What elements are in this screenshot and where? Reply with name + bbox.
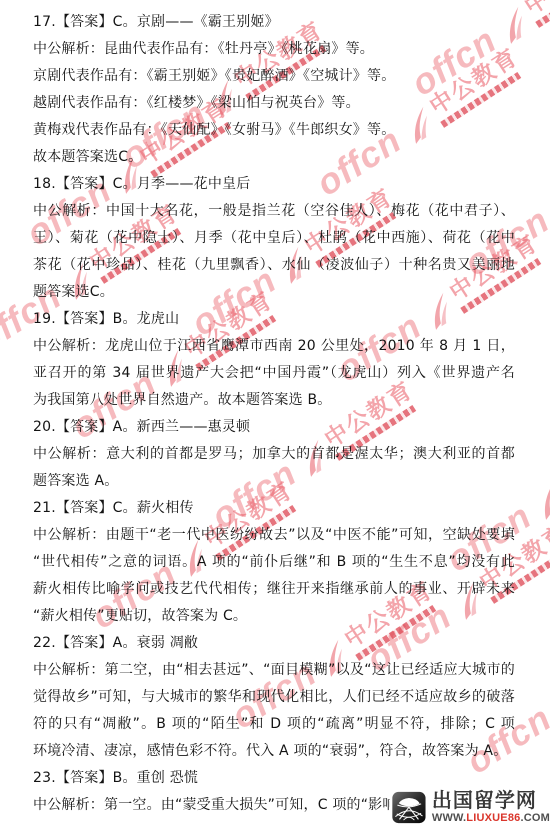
text-line: 觉得故乡”可知，与大城市的繁华和现代化相比，人们已经不适应故乡的破落环境。与此相 [33,684,515,711]
text-line: 中公解析：中国十大名花，一般是指兰花（空谷佳人）、梅花（花中君子）、牡丹（花中之 [33,198,515,225]
text-line: 茶花（花中珍品）、桂花（九里飘香）、水仙（凌波仙子）十种名贵又美丽地方名花。故本 [33,252,515,279]
document-text: 17.【答案】C。京剧——《霸王别姬》中公解析：昆曲代表作品有：《牡丹亭》《桃花… [33,9,515,819]
offcn-swoosh-icon [529,481,550,522]
liuxue86-site-name: 出国留学网 [432,790,550,810]
liuxue86-logo: 出国留学网 WWW.LIUXUE86.COM [390,781,550,833]
text-line: 黄梅戏代表作品有：《天仙配》《女驸马》《牛郎织女》等。 [33,117,515,144]
text-line: 22.【答案】A。衰弱 凋敝 [33,630,515,657]
text-line: 符的只有“凋敝”。B 项的“陌生”和 D 项的“疏离”明显不符，排除；C 项的“… [33,711,515,738]
text-line: 中公解析：第二空，由“相去甚远”、“面目模糊”以及“这让已经适应大城市的人们由此 [33,657,515,684]
text-line: “薪火相传”更贴切，故答案为 C。 [33,603,515,630]
liuxue86-logo-icon [392,784,426,831]
text-line: 中公解析：昆曲代表作品有：《牡丹亭》《桃花扇》等。 [33,36,515,63]
text-line: 18.【答案】C。月季——花中皇后 [33,171,515,198]
text-line: “世代相传”之意的词语。A 项的“前仆后继”和 B 项的“生生不息”均没有此意，… [33,549,515,576]
text-line: 题答案选 A。 [33,468,515,495]
text-line: 题答案选C。 [33,279,515,306]
text-line: 中公解析：意大利的首都是罗马；加拿大的首都是渥太华；澳大利亚的首都是堪培拉。故本 [33,441,515,468]
text-line: 亚召开的第 34 届世界遗产大会把“中国丹霞”（龙虎山）列入《世界遗产名录》。龙… [33,360,515,387]
text-line: 19.【答案】B。龙虎山 [33,306,515,333]
text-line: 京剧代表作品有：《霸王别姬》《贵妃醉酒》《空城计》等。 [33,63,515,90]
text-line: 为我国第八处世界自然遗产。故本题答案选 B。 [33,387,515,414]
url-domain: LIUXUE86 [466,812,520,824]
text-line: 20.【答案】A。新西兰——惠灵顿 [33,414,515,441]
zhonggong-watermark-text: 中公教育 [521,0,550,19]
url-prefix: WWW. [432,812,466,824]
liuxue86-site-url: WWW.LIUXUE86.COM [432,813,550,824]
zhonggong-brand-mark: 中公教育 [528,422,550,523]
watermark-slogan-strip [536,0,550,28]
text-line: 环境冷清、凄凉，感情色彩不符。代入 A 项的“衰弱”，符合，故答案为 A。 [33,738,515,765]
text-line: 21.【答案】C。薪火相传 [33,495,515,522]
text-line: 薪火相传比喻学问或技艺代代相传；继往开来指继承前人的事业、开辟未来的道路，相比较 [33,576,515,603]
text-line: 故本题答案选C。 [33,144,515,171]
text-line: 中公解析：龙虎山位于江西省鹰潭市西南 20 公里处，2010 年 8 月 1 日… [33,333,515,360]
document-page: offcn 中公教育 offcn 中公教育 [0,0,550,833]
text-line: 中公解析：由题干“老一代中医纷纷故去”以及“中医不能”可知，空缺处要填上一个含有 [33,522,515,549]
text-line: 王）、菊花（花中隐士）、月季（花中皇后）、杜鹃（花中西施）、荷花（花中仙子）、山 [33,225,515,252]
text-line: 越剧代表作品有：《红楼梦》《梁山伯与祝英台》等。 [33,90,515,117]
zhonggong-brand-mark: 中公教育 [546,126,550,227]
text-line: 17.【答案】C。京剧——《霸王别姬》 [33,9,515,36]
url-suffix: .COM [520,812,550,824]
